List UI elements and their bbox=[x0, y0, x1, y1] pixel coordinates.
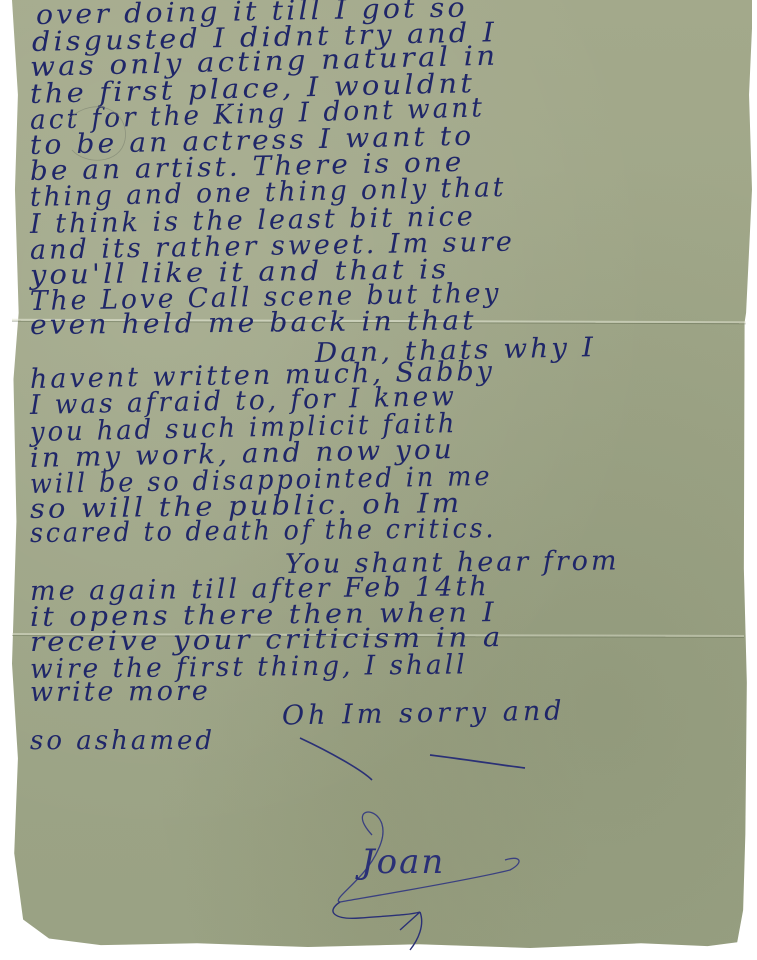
letter-line: scared to death of the critics. bbox=[30, 513, 497, 549]
closing-line-2: so ashamed bbox=[30, 726, 215, 756]
signature-text: Joan bbox=[361, 842, 445, 882]
scanned-letter-page: over doing it till I got so disgusted I … bbox=[0, 0, 757, 960]
letter-line: write more bbox=[30, 676, 211, 708]
signature: Joan bbox=[335, 812, 525, 952]
closing-line-1: Oh Im sorry and bbox=[282, 696, 566, 732]
